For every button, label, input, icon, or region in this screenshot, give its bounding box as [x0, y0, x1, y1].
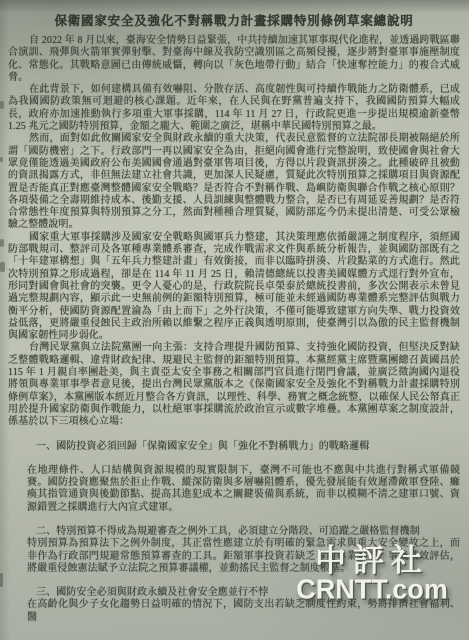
paragraph-3: 然而，面對如此攸關國家安全與財政永續的重大決策，代表民意監督的立法院卻長期被隔絕…	[8, 133, 460, 231]
section-1-body: 在地理條件、人口結構與資源規模的現實限制下，臺灣不可能也不應與中共進行對稱式軍備…	[27, 465, 460, 514]
section-3-body: 在高齡化與少子女化趨勢日益明確的情況下，國防支出若缺乏制度性約束，勢將排擠社會福…	[27, 599, 460, 624]
paragraph-2: 在此背景下，如何建構具備有效嚇阻、分散存活、高度韌性與可持續作戰能力之防衛體系，…	[8, 84, 460, 133]
document-title: 保衛國家安全及強化不對稱戰力計畫採購特別條例草案總說明	[8, 13, 460, 30]
section-2-heading: 二、特別預算不得成為規避審查之例外工具，必須建立分階段、可追蹤之嚴格監督機制	[27, 526, 460, 538]
paragraph-4: 國家重大軍事採購涉及國家安全戰略與國軍兵力整建，其決策理應依循嚴謹之制度程序，須…	[8, 232, 460, 343]
section-2-body: 特別預算為預算法下之例外制度，其正當性應建立於有明確的緊急需求與重大安全變故之上…	[27, 538, 460, 575]
section-3-heading: 三、國防安全必須與財政永續及社會安全應並行不悖	[27, 587, 460, 599]
core-positions-list: 一、國防投資必須回歸「保衛國家安全」與「強化不對稱戰力」的戰略邏輯 在地理條件、…	[27, 441, 460, 625]
paper-edge-smudge	[0, 157, 3, 162]
paragraph-5: 台灣民眾黨與立法院黨團一向主張：支持合理提升國防預算、支持強化國防投資，但堅決反…	[8, 342, 460, 428]
paper-edge-smudge	[0, 101, 4, 109]
document-text-block: 保衛國家安全及強化不對稱戰力計畫採購特別條例草案總說明 自 2022 年 8 月…	[8, 13, 460, 624]
paper-edge-smudge	[0, 573, 3, 587]
paper-edge-smudge	[0, 262, 5, 272]
section-1-heading: 一、國防投資必須回歸「保衛國家安全」與「強化不對稱戰力」的戰略邏輯	[27, 441, 460, 453]
document-photo: 保衛國家安全及強化不對稱戰力計畫採購特別條例草案總說明 自 2022 年 8 月…	[0, 0, 469, 640]
paper-edge-smudge	[0, 239, 4, 247]
paragraph-1: 自 2022 年 8 月以來，臺海安全情勢日益緊張，中共持續加速其軍事現代化進程…	[8, 35, 460, 84]
